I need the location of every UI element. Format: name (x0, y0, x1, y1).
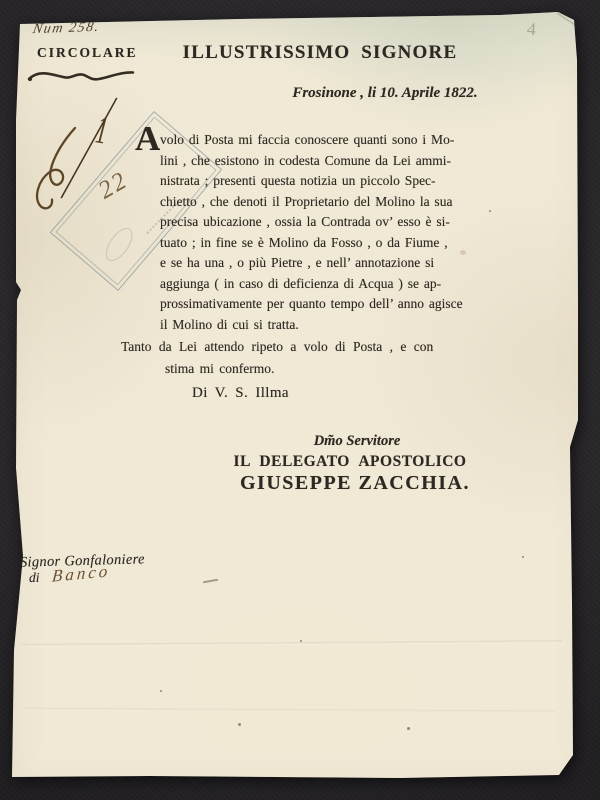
body-line: nistrata ; presenti questa notizia un pi… (160, 171, 480, 192)
foxing-speck (489, 210, 491, 212)
document-paper: Num 258. CIRCOLARE ILLUSTRISSIMO SIGNORE… (0, 0, 600, 800)
foxing-speck (407, 727, 410, 730)
pencil-page-number: 4 (526, 19, 536, 41)
crease-line (22, 640, 562, 647)
address-line-2: di (29, 570, 40, 586)
closing-line: Tanto da Lei attendo ripeto a volo di Po… (121, 336, 433, 358)
stamp-ghost-mark (101, 223, 138, 265)
closing-paragraph: Tanto da Lei attendo ripeto a volo di Po… (121, 336, 433, 379)
pen-dash (203, 579, 218, 584)
body-line: chietto , che denoti il Proprietario del… (160, 192, 480, 213)
signature-name: GIUSEPPE ZACCHIA. (240, 472, 460, 495)
body-line: e se ha una , o più Pietre , e nell’ ann… (160, 253, 480, 274)
circolare-underline-flourish (29, 72, 133, 79)
signature-office: IL DELEGATO APOSTOLICO (224, 453, 476, 471)
body-line: prossimativamente per quanto tempo dell’… (160, 294, 480, 315)
address-handwritten-name: Banco (51, 561, 111, 586)
closing-line: stima mi confermo. (165, 358, 433, 380)
foxing-speck (522, 556, 524, 558)
drop-cap: A (135, 121, 160, 156)
filing-flourish (37, 128, 75, 208)
body-line: il Molino di cui si tratta. (160, 315, 480, 336)
circular-label: CIRCOLARE (37, 45, 138, 61)
foxing-speck (160, 690, 162, 692)
document-title: ILLUSTRISSIMO SIGNORE (160, 42, 480, 64)
body-line: precisa ubicazione , ossia la Contrada o… (160, 212, 480, 233)
photo-background: Num 258. CIRCOLARE ILLUSTRISSIMO SIGNORE… (0, 0, 600, 800)
corner-fold-line (557, 13, 575, 25)
signature-servant-line: Dm̃o Servitore (257, 433, 457, 450)
foxing-speck (300, 640, 302, 642)
salutation: Di V. S. Illma (192, 385, 289, 402)
paper-shadow: Num 258. CIRCOLARE ILLUSTRISSIMO SIGNORE… (0, 0, 600, 800)
body-line: volo di Posta mi faccia conoscere quanti… (160, 130, 480, 151)
body-line: aggiunga ( in caso di deficienza di Acqu… (160, 274, 480, 295)
dateline: Frosinone , li 10. Aprile 1822. (250, 85, 520, 102)
handwriting-marks (0, 0, 600, 800)
body-paragraph: volo di Posta mi faccia conoscere quanti… (160, 130, 480, 335)
fraction-numerator: 1 (93, 105, 111, 153)
crease-line (25, 708, 555, 714)
body-line: lini , che esistono in codesta Comune da… (160, 151, 480, 172)
foxing-speck (238, 723, 241, 726)
manuscript-number: Num 258. (31, 20, 101, 38)
body-line: tuato ; in fine se è Molino da Fosso , o… (160, 233, 480, 254)
